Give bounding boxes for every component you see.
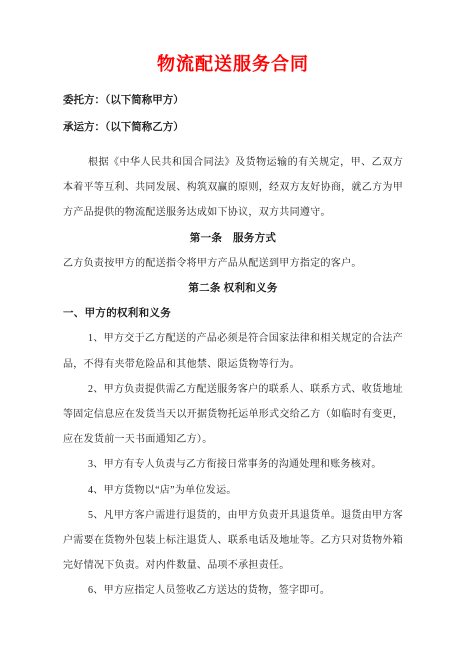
party-consignor-line: 委托方：（以下简称甲方）	[63, 87, 403, 114]
section-1-heading: 第一条 服务方式	[63, 226, 403, 251]
contract-body: 根据《中华人民共和国合同法》及货物运输的有关规定，甲、乙双方本着平等互利、共同发…	[63, 150, 403, 604]
clause-item-6: 6、甲方应指定人员签收乙方送达的货物，签字即可。	[63, 578, 403, 603]
document-title: 物流配送服务合同	[63, 52, 403, 77]
clause-item-2: 2、甲方负责提供需乙方配送服务客户的联系人、联系方式、收货地址等固定信息应在发货…	[63, 377, 403, 453]
clause-item-3: 3、甲方有专人负责与乙方衔接日常事务的沟通处理和账务核对。	[63, 452, 403, 477]
section-1-paragraph: 乙方负责按甲方的配送指令将甲方产品从配送到甲方指定的客户。	[63, 251, 403, 276]
clause-item-4: 4、甲方货物以“店”为单位发运。	[63, 478, 403, 503]
party-a-rights-subheading: 一、甲方的权利和义务	[63, 301, 403, 326]
clause-item-5: 5、凡甲方客户需进行退货的，由甲方负责开具退货单。退货由甲方客户需要在货物外包装…	[63, 503, 403, 579]
preamble-paragraph: 根据《中华人民共和国合同法》及货物运输的有关规定，甲、乙双方本着平等互利、共同发…	[63, 150, 403, 226]
party-carrier-line: 承运方：（以下简称乙方）	[63, 114, 403, 141]
clause-item-1: 1、甲方交于乙方配送的产品必须是符合国家法律和相关规定的合法产品，不得有夹带危险…	[63, 326, 403, 376]
parties-block: 委托方：（以下简称甲方） 承运方：（以下简称乙方）	[63, 87, 403, 141]
section-2-heading: 第二条 权利和义务	[63, 276, 403, 301]
document-page: 物流配送服务合同 委托方：（以下简称甲方） 承运方：（以下简称乙方） 根据《中华…	[0, 0, 463, 655]
